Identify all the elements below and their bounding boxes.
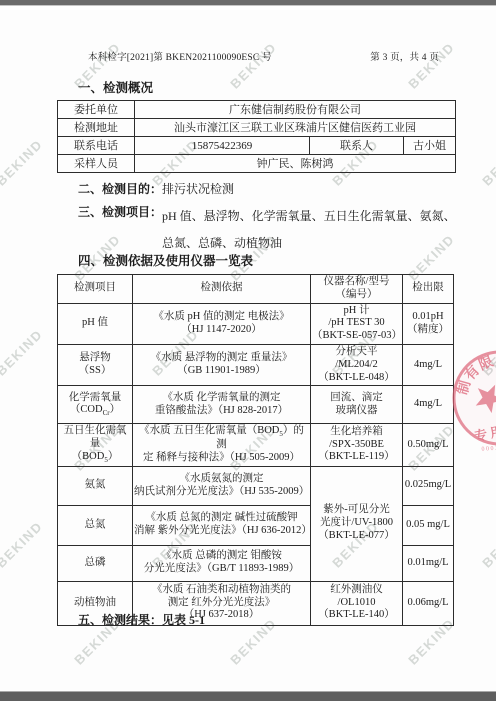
section-2-value: 排污状况检测 [162,182,234,196]
table-row: 委托单位 广东健信制药股份有限公司 [58,101,456,119]
cell-test-basis: 《水质 五日生化需氧量（BOD5）的测定 稀释与接种法》（HJ 505-2009… [133,424,311,466]
section-3-items: pH 值、悬浮物、化学需氧量、五日生化需氧量、氨氮、 总氮、总磷、动植物油 [162,203,456,257]
cell-test-item: 悬浮物（SS） [58,344,133,385]
page-number: 第 3 页，共 4 页 [370,49,439,63]
cell-detection-limit: 0.025mg/L [403,466,454,505]
cell-detection-limit: 0.50mg/L [403,424,454,466]
report-number: 本科检字[2021]第 BKEN2021100090ESC 号 [88,49,272,63]
overview-value: 15875422369 [135,137,310,155]
cell-detection-limit: 0.01pH（精度） [403,303,454,344]
col-header-item: 检测项目 [58,275,133,304]
table-row: 化学需氧量（CODCr）《水质 化学需氧量的测定重铬酸盐法》（HJ 828-20… [58,386,454,424]
scan-edge-top [0,0,496,6]
section-5-value: 见表 5-1 [162,613,205,627]
section-1-title: 一、检测概况 [78,81,153,95]
svg-text:专用章: 专用章 [473,419,496,444]
star-icon [472,383,496,416]
svg-text:有: 有 [461,362,483,384]
section-5-label: 五、检测结果： [78,613,162,627]
cell-instrument: 紫外-可见分光光度计/UV-1800（BKT-LE-077） [311,466,403,581]
overview-label: 检测地址 [58,119,135,137]
cell-test-basis: 《水质 pH 值的测定 电极法》（HJ 1147-2020） [133,303,311,344]
watermark-text: BEKIND [405,39,457,91]
col-header-basis: 检测依据 [133,275,311,304]
table-header-row: 检测项目 检测依据 仪器名称/型号（编号） 检出限 [58,275,454,304]
overview-label: 联系电话 [58,137,135,155]
cell-test-basis: 《水质 总磷的测定 钼酸铵分光光度法》（GB/T 11893-1989） [133,545,311,581]
cell-instrument: pH 计/pH TEST 30（BKT-SE-057-03） [311,303,403,344]
cell-test-item: pH 值 [58,303,133,344]
watermark-text: BEKIND [227,39,279,91]
section-3-heading: 三、检测项目： pH 值、悬浮物、化学需氧量、五日生化需氧量、氨氮、 总氮、总磷… [78,203,456,257]
col-header-instrument: 仪器名称/型号（编号） [311,275,403,304]
section-2-heading: 二、检测目的：排污状况检测 [78,182,234,196]
overview-value: 古小姐 [404,137,456,155]
overview-table: 委托单位 广东健信制药股份有限公司 检测地址 汕头市濠江区三联工业区珠浦片区健信… [57,100,456,173]
section-5-heading: 五、检测结果：见表 5-1 [78,613,205,627]
svg-text:00032: 00032 [481,445,496,453]
overview-value: 广东健信制药股份有限公司 [135,101,456,119]
section-4-title: 四、检测依据及使用仪器一览表 [78,254,253,268]
cell-instrument: 生化培养箱/SPX-350BE（BKT-LE-119） [311,424,403,466]
cell-detection-limit: 0.05 mg/L [403,505,454,545]
watermark-text: BEKIND [0,326,46,378]
cell-detection-limit: 0.01mg/L [403,545,454,581]
svg-text:制: 制 [455,379,474,397]
section-3-line2: 总氮、总磷、动植物油 [162,230,456,257]
cell-instrument: 回流、滴定玻璃仪器 [311,386,403,424]
table-row: 氨氮《水质氨氮的测定纳氏试剂分光光度法》（HJ 535-2009）紫外-可见分光… [58,466,454,505]
cell-instrument: 分析天平/ML204/2（BKT-LE-048） [311,344,403,385]
watermark-text: BEKIND [0,518,46,570]
cell-test-item: 氨氮 [58,466,133,505]
cell-instrument: 红外测油仪/OL1010（BKT-LE-140） [311,581,403,625]
instrument-table: 检测项目 检测依据 仪器名称/型号（编号） 检出限 pH 值《水质 pH 值的测… [57,274,454,626]
overview-label: 联系人 [310,137,404,155]
page-header: 本科检字[2021]第 BKEN2021100090ESC 号 第 3 页，共 … [88,49,439,63]
cell-test-basis: 《水质 总氮的测定 碱性过硫酸钾消解 紫外分光光度法》（HJ 636-2012） [133,505,311,545]
cell-test-basis: 《水质 悬浮物的测定 重量法》（GB 11901-1989） [133,344,311,385]
watermark-text: BEKIND [479,136,496,188]
cell-test-basis: 《水质氨氮的测定纳氏试剂分光光度法》（HJ 535-2009） [133,466,311,505]
cell-detection-limit: 0.06mg/L [403,581,454,625]
cell-test-item: 总磷 [58,545,133,581]
watermark-text: BEKIND [0,136,46,188]
table-row: 检测地址 汕头市濠江区三联工业区珠浦片区健信医药工业园 [58,119,456,137]
table-row: 采样人员 钟广民、陈树鸿 [58,155,456,173]
cell-test-basis: 《水质 化学需氧量的测定重铬酸盐法》（HJ 828-2017） [133,386,311,424]
cell-detection-limit: 4mg/L [403,344,454,385]
table-row: 悬浮物（SS）《水质 悬浮物的测定 重量法》（GB 11901-1989）分析天… [58,344,454,385]
section-2-label: 二、检测目的： [78,182,162,196]
cell-detection-limit: 4mg/L [403,386,454,424]
section-3-line1: pH 值、悬浮物、化学需氧量、五日生化需氧量、氨氮、 [162,203,456,230]
overview-value: 钟广民、陈树鸿 [135,155,456,173]
watermark-text: BEKIND [479,518,496,570]
overview-value: 汕头市濠江区三联工业区珠浦片区健信医药工业园 [135,119,456,137]
cell-test-item: 五日生化需氧量（BOD5） [58,424,133,466]
watermark-text: BEKIND [479,326,496,378]
col-header-limit: 检出限 [403,275,454,304]
overview-label: 委托单位 [58,101,135,119]
overview-label: 采样人员 [58,155,135,173]
table-row: 联系电话 15875422369 联系人 古小姐 [58,137,456,155]
cell-test-item: 化学需氧量（CODCr） [58,386,133,424]
svg-text:限: 限 [476,353,495,374]
table-row: 五日生化需氧量（BOD5）《水质 五日生化需氧量（BOD5）的测定 稀释与接种法… [58,424,454,466]
table-row: pH 值《水质 pH 值的测定 电极法》（HJ 1147-2020）pH 计/p… [58,303,454,344]
scan-edge-bottom [0,691,496,701]
section-3-label: 三、检测项目： [78,203,162,257]
scanned-report-page: BEKINDBEKINDBEKINDBEKINDBEKINDBEKINDBEKI… [0,0,496,701]
cell-test-item: 总氮 [58,505,133,545]
